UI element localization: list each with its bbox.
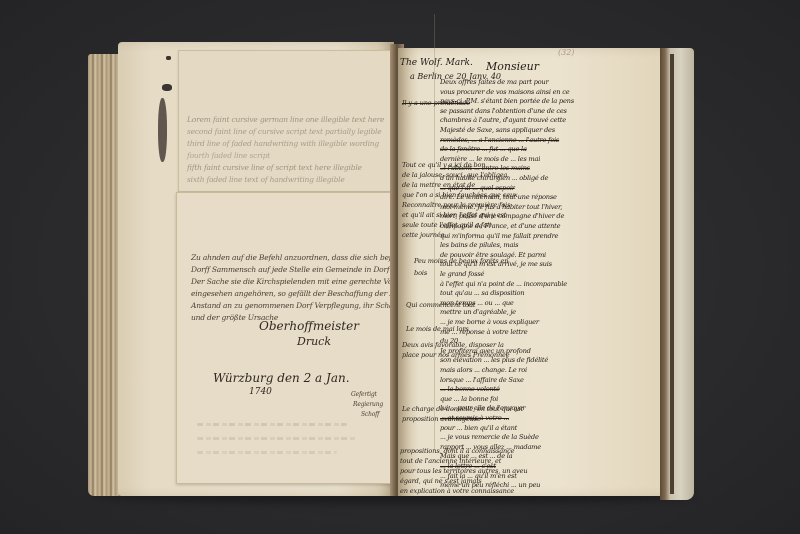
manuscript-line: ... la lettre ... c'est — [440, 462, 574, 470]
page-edge-shadow — [670, 54, 674, 494]
manuscript-line: ... je vous remercie de la Suède — [440, 433, 574, 441]
manuscript-line: me ... réponse à votre lettre — [440, 328, 574, 336]
ink-smudge — [158, 98, 167, 162]
manuscript-line: mon temps ... ou ... que — [440, 299, 574, 307]
bleed-through — [197, 423, 347, 426]
manuscript-line: que ... la bonne foi — [440, 395, 574, 403]
manuscript-line: moi-même. Je fus à habiter tout l'hiver, — [440, 203, 574, 211]
right-page-edges-and-cover — [660, 48, 694, 500]
folio-number: (32) — [558, 48, 574, 57]
manuscript-line: se passant dans l'obtention d'une de ces — [440, 107, 574, 115]
manuscript-line: mais alors ... change. Le roi — [440, 366, 574, 374]
side-note-line: Regierung — [353, 401, 383, 408]
margin-heading: The Wolf. Mark. — [400, 58, 473, 68]
faded-script-line: second faint line of cursive script text… — [187, 127, 382, 136]
faded-script-line: fifth faint cursive line of script text … — [187, 163, 362, 172]
manuscript-line: mort, passé d'une campagne d'hiver de — [440, 212, 574, 220]
manuscript-line: de pouvoir être soulagé. Et parmi — [440, 251, 574, 259]
manuscript-line: ... et soumis à votre ... — [440, 414, 574, 422]
letter-line: Zu ahnden auf die Befehl anzuordnen, das… — [191, 253, 407, 262]
bleed-through — [197, 451, 337, 454]
manuscript-line: dernière ... le mois de ... les mai — [440, 155, 574, 163]
manuscript-line: pays-ci, P.M. s'étant bien portée de la … — [440, 97, 574, 105]
manuscript-line: campagne de France, et d'une attente — [440, 222, 574, 230]
manuscript-line: de la fenêtre ... fut ... que la — [440, 145, 574, 153]
manuscript-line: même un peu réfléchi ... un peu — [440, 481, 574, 489]
place-date: Würzburg den 2 a Jan. — [213, 371, 350, 385]
faded-script-line: fourth faded line script — [187, 151, 270, 160]
manuscript-line: d'un habile chirurgien ... obligé de — [440, 174, 574, 182]
manuscript-line: ... fait la ... qu'il m'en est — [440, 472, 574, 480]
letter-line: eingesehen angehören, so gefällt der Bes… — [191, 289, 414, 298]
letter-line: Der Sache sie die Kirchspielenden mit ei… — [191, 277, 419, 286]
faded-script-line: third line of faded handwriting with ill… — [187, 139, 379, 148]
side-note-line: Schoff — [361, 411, 379, 418]
letter-line: Anstand an zu genommenen Dorf Verpflegun… — [191, 301, 398, 310]
manuscript-line: dire. Le lendemain, tout une réponse — [440, 193, 574, 201]
manuscript-line: pour ... bien qu'il a étant — [440, 424, 574, 432]
faded-script-line: Lorem faint cursive german line one ille… — [187, 115, 384, 124]
manuscript-line: Majesté de Saxe, sans appliquer des — [440, 126, 574, 134]
margin-note: bois — [414, 268, 427, 278]
manuscript-line: lorsque ... l'affaire de Saxe — [440, 376, 574, 384]
manuscript-line: ... la bonne volonté — [440, 385, 574, 393]
manuscript-line: son élévation ... les plus de fidélité — [440, 356, 574, 364]
manuscript-line: Je profiterai avec un profond — [440, 347, 574, 355]
letter-salutation: Monsieur — [486, 60, 539, 73]
open-manuscript-book: Lorem faint cursive german line one ille… — [84, 40, 696, 502]
year: 1740 — [249, 387, 272, 397]
manuscript-line: tout ce qu'il m'est arrivé, je me suis — [440, 260, 574, 268]
manuscript-line: du 20. — [440, 337, 574, 345]
letter-signature-2: Druck — [297, 335, 331, 348]
tipped-in-sheet-upper: Lorem faint cursive german line one ille… — [178, 50, 394, 192]
bleed-through — [197, 437, 357, 440]
manuscript-line: ... que j'ai ... quel espoir — [440, 184, 574, 192]
side-note-line: Gefertigt — [351, 391, 377, 398]
tipped-in-letter: Zu ahnden auf die Befehl anzuordnen, das… — [176, 192, 394, 484]
manuscript-line: lui ... pour elle de l'envoyer — [440, 404, 574, 412]
manuscript-line: Mais que ... est ... de la — [440, 452, 574, 460]
manuscript-line: vous procurer de vos maisons ainsi en ce — [440, 88, 574, 96]
manuscript-line: le grand fossé — [440, 270, 574, 278]
manuscript-line: chambres à l'autre, d'ayant trouvé cette — [440, 116, 574, 124]
faded-script-line: sixth faded line text of handwriting ill… — [187, 175, 345, 184]
letter-line: Dorff Sammensch auf jede Stelle ein Geme… — [191, 265, 389, 274]
manuscript-line: remèdes, ... a l'ancienne ... l'autre fo… — [440, 136, 574, 144]
ink-stain — [162, 84, 172, 91]
manuscript-line: les bains de pilules, mais — [440, 241, 574, 249]
manuscript-line: ... l'absent ... entre les mains — [440, 164, 574, 172]
manuscript-line: à l'effet qui n'a point de ... incompara… — [440, 280, 574, 288]
manuscript-line: ... je me borne à vous expliquer — [440, 318, 574, 326]
letter-signature: Oberhoffmeister — [259, 319, 359, 333]
manuscript-line: rapport ... vous allez ... madame — [440, 443, 574, 451]
manuscript-line: mettre un d'agréable, je — [440, 308, 574, 316]
manuscript-line: Deux offres faites de ma part pour — [440, 78, 574, 86]
manuscript-line: tout qu'au ... sa disposition — [440, 289, 574, 297]
manuscript-line: qui m'informa qu'il me fallait prendre — [440, 232, 574, 240]
ink-dot — [166, 56, 171, 60]
